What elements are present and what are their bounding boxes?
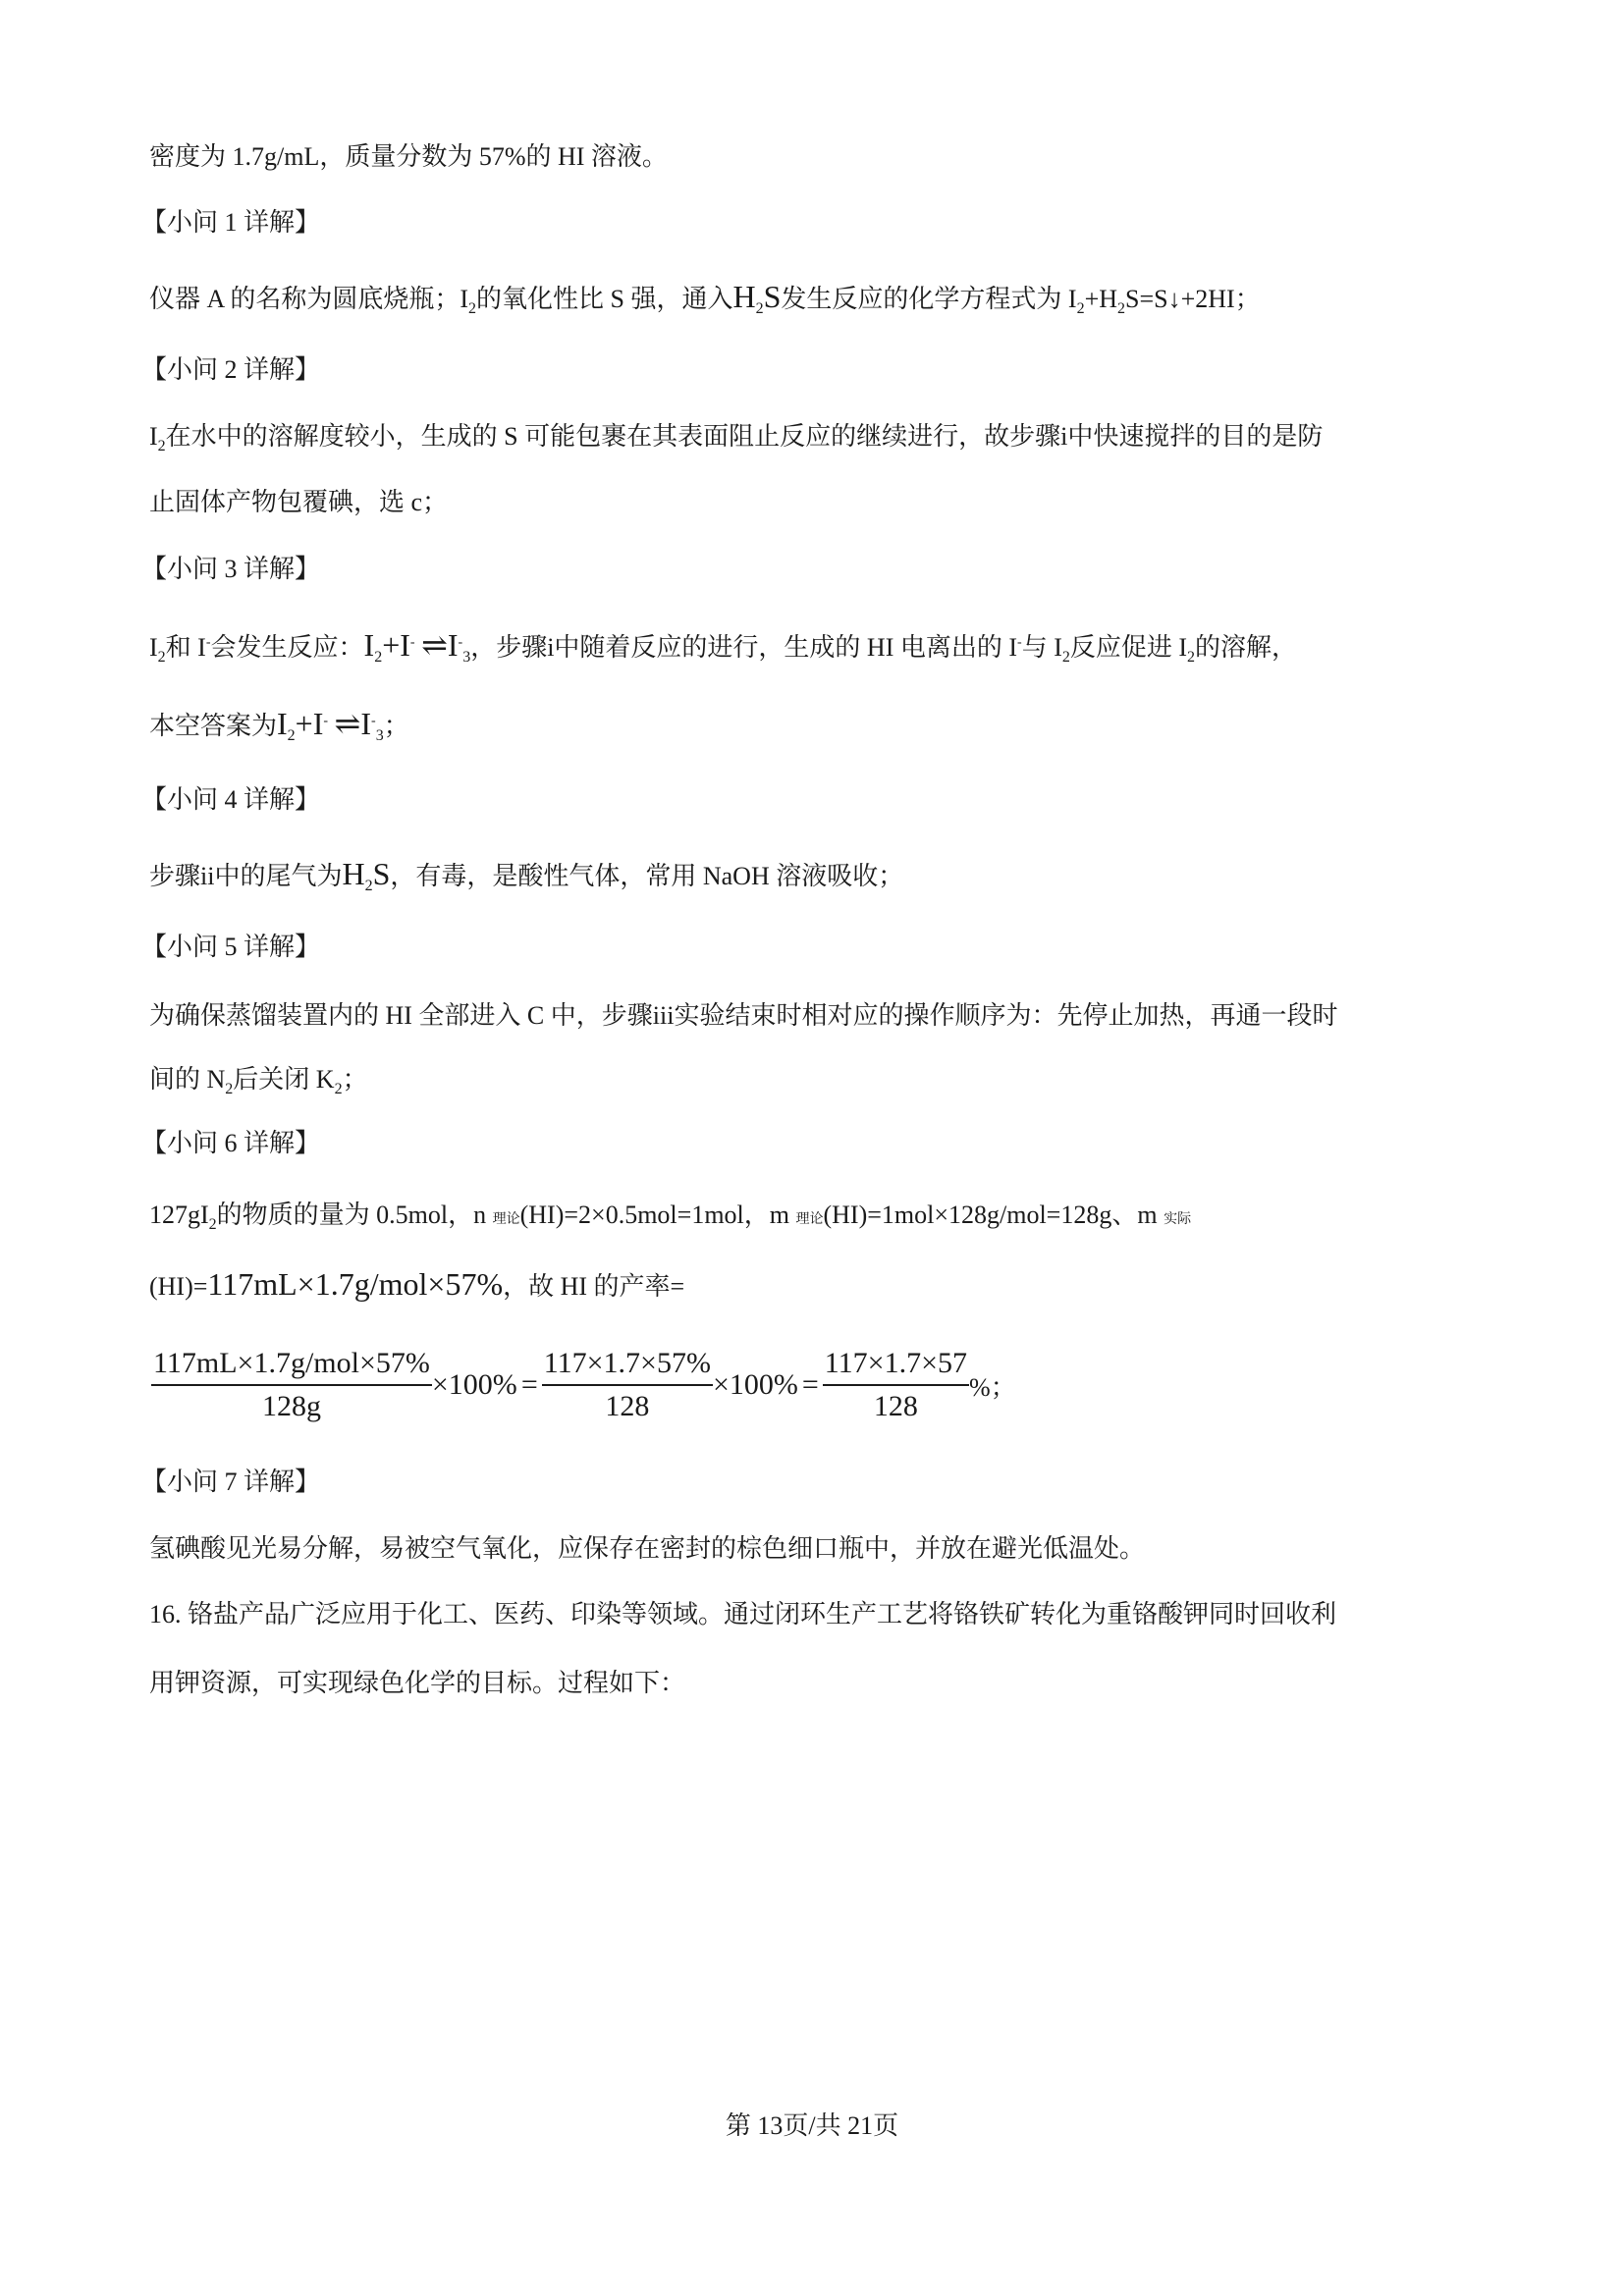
fraction-2: 117×1.7×57% 128 [542,1345,713,1425]
answer-2-line-1: I2在水中的溶解度较小，生成的 S 可能包裹在其表面阻止反应的继续进行，故步骤i… [149,420,1323,454]
answer-7: 氢碘酸见光易分解，易被空气氧化，应保存在密封的棕色细口瓶中，并放在避光低温处。 [149,1532,1145,1566]
answer-6-line-2: (HI)=117mL×1.7g/mol×57%，故 HI 的产率= [149,1267,684,1304]
answer-2-line-2: 止固体产物包覆碘，选 c； [149,486,448,519]
intro-line: 密度为 1.7g/mL，质量分数为 57%的 HI 溶液。 [149,140,668,174]
yield-formula: 117mL×1.7g/mol×57% 128g ×100% = 117×1.7×… [151,1345,1016,1425]
question-16-line-2: 用钾资源，可实现绿色化学的目标。过程如下： [149,1667,685,1700]
section-heading-4: 【小问 4 详解】 [141,783,320,817]
section-heading-5: 【小问 5 详解】 [141,931,320,964]
section-heading-7: 【小问 7 详解】 [141,1466,320,1499]
section-heading-3: 【小问 3 详解】 [141,553,320,586]
answer-3-line-2: 本空答案为I2+I- ⇌I-3； [149,707,409,743]
page-number: 第 13页/共 21页 [0,2106,1624,2142]
answer-3-line-1: I2和 I-会发生反应：I2+I- ⇌I-3，步骤i中随着反应的进行，生成的 H… [149,628,1297,665]
answer-4: 步骤ii中的尾气为H2S，有毒，是酸性气体，常用 NaOH 溶液吸收； [149,857,903,893]
answer-6-line-1: 127gI2的物质的量为 0.5mol，n 理论(HI)=2×0.5mol=1m… [149,1199,1191,1237]
answer-5-line-1: 为确保蒸馏装置内的 HI 全部进入 C 中，步骤iii实验结束时相对应的操作顺序… [149,999,1337,1033]
section-heading-6: 【小问 6 详解】 [141,1127,320,1160]
fraction-3: 117×1.7×57 128 [823,1345,969,1425]
answer-1: 仪器 A 的名称为圆底烧瓶；I2的氧化性比 S 强，通入H2S发生反应的化学方程… [149,280,1261,316]
fraction-1: 117mL×1.7g/mol×57% 128g [151,1345,432,1425]
section-heading-2: 【小问 2 详解】 [141,353,320,387]
answer-5-line-2: 间的 N2后关闭 K2； [149,1063,368,1096]
question-16-line-1: 16. 铬盐产品广泛应用于化工、医药、印染等领域。通过闭环生产工艺将铬铁矿转化为… [149,1598,1336,1631]
section-heading-1: 【小问 1 详解】 [141,206,320,240]
